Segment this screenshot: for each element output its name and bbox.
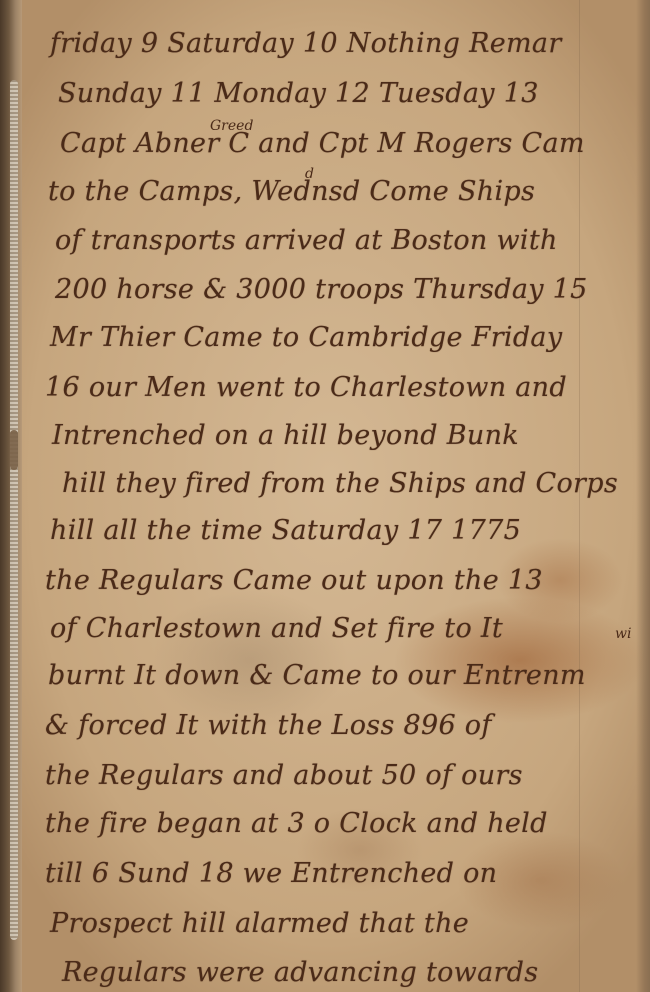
manuscript-line: friday 9 Saturday 10 Nothing Remar — [50, 28, 562, 59]
handwritten-text: friday 9 Saturday 10 Nothing RemarSunday… — [0, 0, 650, 992]
manuscript-line: the fire began at 3 o Clock and held — [45, 808, 548, 839]
manuscript-line: Mr Thier Came to Cambridge Friday — [50, 322, 562, 353]
manuscript-line: Regulars were advancing towards — [62, 957, 538, 988]
manuscript-line: Prospect hill alarmed that the — [50, 908, 469, 939]
manuscript-line: 200 horse & 3000 troops Thursday 15 — [55, 274, 588, 305]
manuscript-line: 16 our Men went to Charlestown and — [45, 372, 567, 403]
manuscript-line: till 6 Sund 18 we Entrenched on — [45, 858, 497, 889]
manuscript-line: the Regulars and about 50 of ours — [45, 760, 523, 791]
manuscript-line: of Charlestown and Set fire to It — [50, 613, 503, 644]
manuscript-line: hill all the time Saturday 17 1775 — [50, 515, 521, 546]
manuscript-line: of transports arrived at Boston with — [55, 225, 558, 256]
interlinear-annotation: wi — [615, 626, 631, 642]
manuscript-line: to the Camps, Wednsd Come Ships — [48, 176, 535, 207]
manuscript-line: & forced It with the Loss 896 of — [45, 710, 492, 741]
manuscript-line: Sunday 11 Monday 12 Tuesday 13 — [58, 78, 539, 109]
manuscript-line: hill they fired from the Ships and Corps — [62, 468, 618, 499]
manuscript-line: Capt Abner C and Cpt M Rogers Cam — [60, 128, 585, 159]
interlinear-annotation: Greed — [210, 118, 253, 134]
manuscript-line: Intrenched on a hill beyond Bunk — [52, 420, 519, 451]
manuscript-line: burnt It down & Came to our Entrenm — [48, 660, 586, 691]
manuscript-page: friday 9 Saturday 10 Nothing RemarSunday… — [0, 0, 650, 992]
interlinear-annotation: d — [305, 166, 314, 182]
manuscript-line: the Regulars Came out upon the 13 — [45, 565, 543, 596]
